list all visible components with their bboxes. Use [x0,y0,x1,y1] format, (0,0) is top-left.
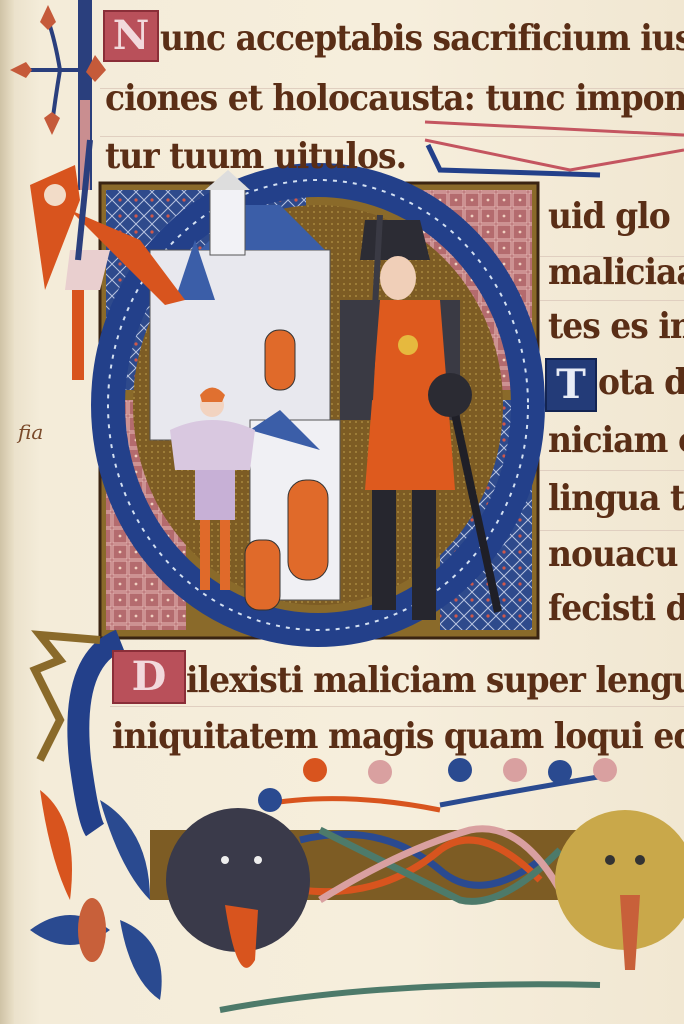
text-line: maliciaa: [548,250,684,293]
text-line: ciones et holocausta: tunc imponent [105,76,684,119]
dark-mask-head [166,808,310,968]
initial-t: T [545,358,597,412]
text-line: nouacu [548,532,677,575]
manuscript-page: N T D unc acceptabis sacrificium iusti c… [0,0,684,1024]
text-line: tes es in [548,304,684,347]
text-line: lingua t [548,476,684,519]
initial-d: D [112,650,186,704]
margin-note: fia [18,420,43,444]
lion-mask-head [555,810,684,970]
initial-n: N [103,10,159,62]
text-line: iniquitatem magis quam loqui eq [112,714,684,757]
text-line: unc acceptabis sacrificium iusti [160,16,684,59]
text-line: uid glo [548,194,670,237]
text-line: tur tuum uitulos. [105,134,406,177]
text-line: ota d [598,360,684,403]
text-line: niciam o [548,418,684,461]
text-line: ilexisti maliciam super lenguig [186,658,684,701]
text-line: fecisti dol [548,586,684,629]
